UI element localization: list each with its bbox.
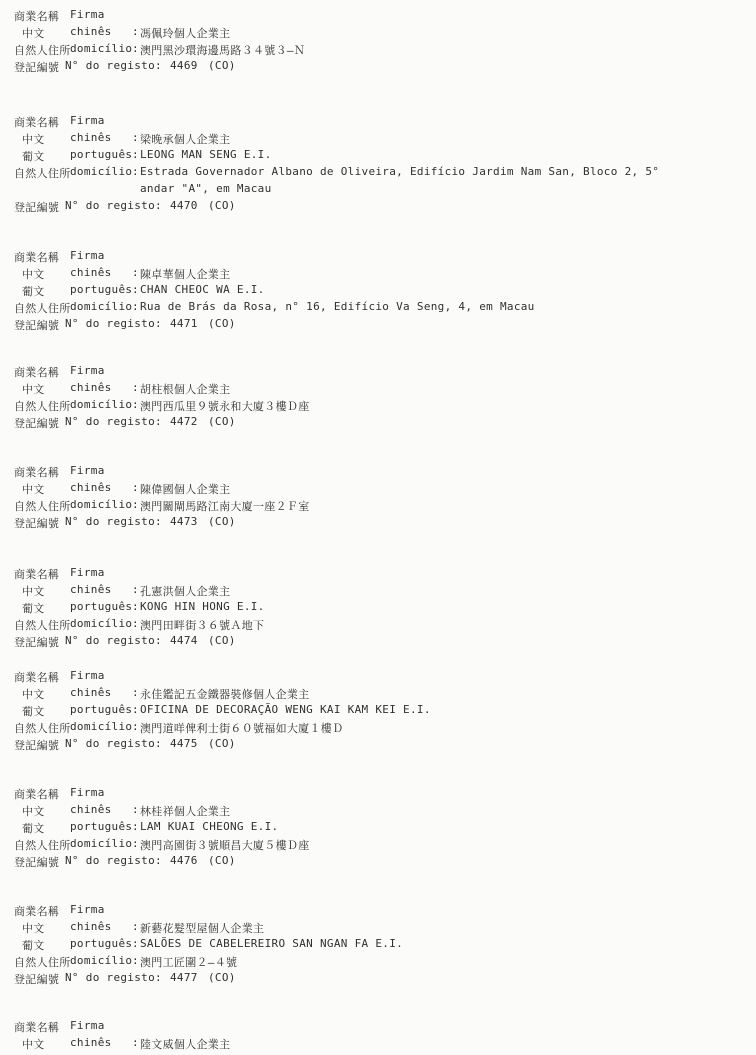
firm-label-zh: 商業名稱: [14, 786, 59, 802]
chinese-label-zh: 中文: [22, 266, 45, 282]
colon: :: [132, 937, 139, 950]
firm-label-zh: 商業名稱: [14, 669, 59, 685]
portuguese-label-pt: português: [70, 283, 132, 296]
address-row: 自然人住所 domicílio : 澳門黑沙環海邊馬路３４號３—Ｎ: [0, 41, 756, 58]
firm-row: 商業名稱 Firma: [0, 1018, 756, 1035]
registry-number-value: 4477: [170, 971, 198, 984]
chinese-label-pt: chinês: [70, 920, 112, 933]
chinese-name-row: 中文 chinês : 梁晚承個人企業主: [0, 130, 756, 147]
colon: :: [132, 131, 139, 144]
firm-row: 商業名稱 Firma: [0, 463, 756, 480]
firm-row: 商業名稱 Firma: [0, 113, 756, 130]
registry-entry: 商業名稱 Firma 中文 chinês : 胡柱根個人企業主 自然人住所 do…: [0, 363, 756, 431]
registry-label-pt: N° do registo:: [65, 199, 162, 212]
firm-row: 商業名稱 Firma: [0, 565, 756, 582]
address-value: 澳門黑沙環海邊馬路３４號３—Ｎ: [140, 42, 305, 58]
chinese-name-row: 中文 chinês : 陳卓華個人企業主: [0, 265, 756, 282]
portuguese-name-row: 葡文 português : LEONG MAN SENG E.I.: [0, 147, 756, 164]
firm-label-zh: 商業名稱: [14, 903, 59, 919]
address-value: 澳門田畔街３６號Ａ地下: [140, 617, 264, 633]
registry-co-suffix: (CO): [208, 59, 236, 72]
portuguese-label-pt: português: [70, 600, 132, 613]
colon: :: [132, 820, 139, 833]
address-label-pt: domicílio: [70, 42, 132, 55]
firm-label-pt: Firma: [70, 566, 105, 579]
chinese-name-row: 中文 chinês : 新藝花髮型屋個人企業主: [0, 919, 756, 936]
firm-label-pt: Firma: [70, 8, 105, 21]
chinese-label-zh: 中文: [22, 686, 45, 702]
registry-entry: 商業名稱 Firma 中文 chinês : 新藝花髮型屋個人企業主 葡文 po…: [0, 902, 756, 987]
chinese-label-pt: chinês: [70, 686, 112, 699]
registry-number-value: 4476: [170, 854, 198, 867]
portuguese-label-pt: português: [70, 820, 132, 833]
registry-number-value: 4470: [170, 199, 198, 212]
chinese-label-pt: chinês: [70, 803, 112, 816]
firm-row: 商業名稱 Firma: [0, 902, 756, 919]
portuguese-label-zh: 葡文: [22, 600, 45, 616]
registry-entry: 商業名稱 Firma 中文 chinês : 梁晚承個人企業主 葡文 portu…: [0, 113, 756, 215]
portuguese-label-zh: 葡文: [22, 283, 45, 299]
firm-label-pt: Firma: [70, 114, 105, 127]
registry-number-value: 4473: [170, 515, 198, 528]
chinese-name-value: 馮佩玲個人企業主: [140, 25, 230, 41]
colon: :: [132, 583, 139, 596]
registry-label-pt: N° do registo:: [65, 515, 162, 528]
address-label-zh: 自然人住所: [14, 398, 71, 414]
registry-co-suffix: (CO): [208, 854, 236, 867]
registry-label-zh: 登記編號: [14, 199, 59, 215]
registry-label-zh: 登記編號: [14, 515, 59, 531]
firm-label-pt: Firma: [70, 364, 105, 377]
firm-label-pt: Firma: [70, 786, 105, 799]
registry-number-row: 登記編號 N° do registo: 4473 (CO): [0, 514, 756, 531]
registry-number-row: 登記編號 N° do registo: 4470 (CO): [0, 198, 756, 215]
registry-label-zh: 登記編號: [14, 971, 59, 987]
address-row: 自然人住所 domicílio : Rua de Brás da Rosa, n…: [0, 299, 756, 316]
registry-label-pt: N° do registo:: [65, 737, 162, 750]
chinese-name-row: 中文 chinês : 永佳鑑記五金鐵器裝修個人企業主: [0, 685, 756, 702]
address-label-pt: domicílio: [70, 398, 132, 411]
chinese-label-zh: 中文: [22, 1036, 45, 1052]
chinese-name-value: 胡柱根個人企業主: [140, 381, 230, 397]
chinese-label-zh: 中文: [22, 803, 45, 819]
address-label-zh: 自然人住所: [14, 837, 71, 853]
chinese-name-row: 中文 chinês : 林桂祥個人企業主: [0, 802, 756, 819]
chinese-name-value: 林桂祥個人企業主: [140, 803, 230, 819]
colon: :: [132, 481, 139, 494]
firm-row: 商業名稱 Firma: [0, 248, 756, 265]
colon: :: [132, 398, 139, 411]
portuguese-label-pt: português: [70, 703, 132, 716]
portuguese-name-row: 葡文 português : LAM KUAI CHEONG E.I.: [0, 819, 756, 836]
firm-label-zh: 商業名稱: [14, 249, 59, 265]
firm-label-zh: 商業名稱: [14, 8, 59, 24]
colon: :: [132, 148, 139, 161]
portuguese-name-value: KONG HIN HONG E.I.: [140, 600, 265, 613]
firm-row: 商業名稱 Firma: [0, 363, 756, 380]
firm-label-pt: Firma: [70, 1019, 105, 1032]
registry-label-pt: N° do registo:: [65, 854, 162, 867]
firm-label-zh: 商業名稱: [14, 1019, 59, 1035]
registry-label-pt: N° do registo:: [65, 634, 162, 647]
address-label-zh: 自然人住所: [14, 720, 71, 736]
chinese-label-pt: chinês: [70, 583, 112, 596]
firm-row: 商業名稱 Firma: [0, 785, 756, 802]
address-value: Rua de Brás da Rosa, n° 16, Edifício Va …: [140, 300, 535, 313]
registry-entry: 商業名稱 Firma 中文 chinês : 陸文威個人企業主: [0, 1018, 756, 1052]
colon: :: [132, 381, 139, 394]
colon: :: [132, 1036, 139, 1049]
chinese-label-pt: chinês: [70, 381, 112, 394]
registry-number-row: 登記編號 N° do registo: 4471 (CO): [0, 316, 756, 333]
chinese-name-row: 中文 chinês : 馮佩玲個人企業主: [0, 24, 756, 41]
registry-label-zh: 登記編號: [14, 317, 59, 333]
registry-entry: 商業名稱 Firma 中文 chinês : 林桂祥個人企業主 葡文 portu…: [0, 785, 756, 870]
colon: :: [132, 498, 139, 511]
registry-entry: 商業名稱 Firma 中文 chinês : 陳卓華個人企業主 葡文 portu…: [0, 248, 756, 333]
chinese-name-row: 中文 chinês : 陳偉國個人企業主: [0, 480, 756, 497]
portuguese-label-pt: português: [70, 937, 132, 950]
registry-number-row: 登記編號 N° do registo: 4469 (CO): [0, 58, 756, 75]
firm-row: 商業名稱 Firma: [0, 7, 756, 24]
registry-number-value: 4471: [170, 317, 198, 330]
address-value: 澳門高園街３號順昌大廈５樓Ｄ座: [140, 837, 310, 853]
portuguese-name-row: 葡文 português : SALÕES DE CABELEREIRO SAN…: [0, 936, 756, 953]
chinese-name-value: 永佳鑑記五金鐵器裝修個人企業主: [140, 686, 310, 702]
colon: :: [132, 300, 139, 313]
address-label-zh: 自然人住所: [14, 617, 71, 633]
registry-label-pt: N° do registo:: [65, 971, 162, 984]
address-row: 自然人住所 domicílio : 澳門西瓜里９號永和大廈３樓Ｄ座: [0, 397, 756, 414]
chinese-label-pt: chinês: [70, 1036, 112, 1049]
address-label-pt: domicílio: [70, 837, 132, 850]
address-row: 自然人住所 domicílio : 澳門工匠圍２—４號: [0, 953, 756, 970]
address-label-zh: 自然人住所: [14, 498, 71, 514]
address-label-pt: domicílio: [70, 954, 132, 967]
firm-label-pt: Firma: [70, 249, 105, 262]
registry-entry: 商業名稱 Firma 中文 chinês : 陳偉國個人企業主 自然人住所 do…: [0, 463, 756, 531]
registry-number-row: 登記編號 N° do registo: 4475 (CO): [0, 736, 756, 753]
address-label-zh: 自然人住所: [14, 42, 71, 58]
registry-number-row: 登記編號 N° do registo: 4474 (CO): [0, 633, 756, 650]
registry-label-zh: 登記編號: [14, 737, 59, 753]
chinese-name-row: 中文 chinês : 陸文威個人企業主: [0, 1035, 756, 1052]
portuguese-name-row: 葡文 português : CHAN CHEOC WA E.I.: [0, 282, 756, 299]
portuguese-label-zh: 葡文: [22, 820, 45, 836]
chinese-label-pt: chinês: [70, 266, 112, 279]
registry-number-row: 登記編號 N° do registo: 4477 (CO): [0, 970, 756, 987]
address-label-pt: domicílio: [70, 498, 132, 511]
address-value: Estrada Governador Albano de Oliveira, E…: [140, 165, 659, 178]
address-label-zh: 自然人住所: [14, 954, 71, 970]
chinese-label-pt: chinês: [70, 25, 112, 38]
address-label-zh: 自然人住所: [14, 165, 71, 181]
chinese-label-zh: 中文: [22, 583, 45, 599]
colon: :: [132, 42, 139, 55]
colon: :: [132, 25, 139, 38]
registry-label-pt: N° do registo:: [65, 59, 162, 72]
registry-number-row: 登記編號 N° do registo: 4476 (CO): [0, 853, 756, 870]
registry-number-value: 4472: [170, 415, 198, 428]
firm-label-pt: Firma: [70, 669, 105, 682]
colon: :: [132, 803, 139, 816]
registry-entry: 商業名稱 Firma 中文 chinês : 永佳鑑記五金鐵器裝修個人企業主 葡…: [0, 668, 756, 753]
registry-co-suffix: (CO): [208, 737, 236, 750]
chinese-label-zh: 中文: [22, 381, 45, 397]
firm-label-zh: 商業名稱: [14, 566, 59, 582]
registry-entry: 商業名稱 Firma 中文 chinês : 孔憲洪個人企業主 葡文 portu…: [0, 565, 756, 650]
address-value-continuation: andar "A", em Macau: [140, 182, 272, 195]
business-registry-page: 商業名稱 Firma 中文 chinês : 馮佩玲個人企業主 自然人住所 do…: [0, 0, 756, 1052]
address-value: 澳門西瓜里９號永和大廈３樓Ｄ座: [140, 398, 310, 414]
portuguese-label-pt: português: [70, 148, 132, 161]
colon: :: [132, 954, 139, 967]
portuguese-label-zh: 葡文: [22, 937, 45, 953]
portuguese-label-zh: 葡文: [22, 148, 45, 164]
registry-label-pt: N° do registo:: [65, 415, 162, 428]
colon: :: [132, 283, 139, 296]
firm-row: 商業名稱 Firma: [0, 668, 756, 685]
colon: :: [132, 703, 139, 716]
registry-label-pt: N° do registo:: [65, 317, 162, 330]
registry-number-row: 登記編號 N° do registo: 4472 (CO): [0, 414, 756, 431]
firm-label-pt: Firma: [70, 464, 105, 477]
firm-label-zh: 商業名稱: [14, 114, 59, 130]
portuguese-label-zh: 葡文: [22, 703, 45, 719]
colon: :: [132, 165, 139, 178]
registry-co-suffix: (CO): [208, 515, 236, 528]
colon: :: [132, 617, 139, 630]
portuguese-name-value: SALÕES DE CABELEREIRO SAN NGAN FA E.I.: [140, 937, 403, 950]
firm-label-zh: 商業名稱: [14, 464, 59, 480]
chinese-name-value: 陳卓華個人企業主: [140, 266, 230, 282]
address-continuation-row: andar "A", em Macau: [0, 181, 756, 198]
address-label-zh: 自然人住所: [14, 300, 71, 316]
chinese-label-zh: 中文: [22, 481, 45, 497]
registry-number-value: 4474: [170, 634, 198, 647]
address-row: 自然人住所 domicílio : 澳門道咩俾利士街６０號福如大廈１樓Ｄ: [0, 719, 756, 736]
address-label-pt: domicílio: [70, 720, 132, 733]
registry-number-value: 4475: [170, 737, 198, 750]
chinese-name-row: 中文 chinês : 胡柱根個人企業主: [0, 380, 756, 397]
registry-co-suffix: (CO): [208, 199, 236, 212]
registry-label-zh: 登記編號: [14, 59, 59, 75]
address-value: 澳門工匠圍２—４號: [140, 954, 237, 970]
portuguese-name-value: CHAN CHEOC WA E.I.: [140, 283, 265, 296]
chinese-label-pt: chinês: [70, 131, 112, 144]
colon: :: [132, 720, 139, 733]
address-row: 自然人住所 domicílio : Estrada Governador Alb…: [0, 164, 756, 181]
chinese-label-zh: 中文: [22, 25, 45, 41]
address-value: 澳門道咩俾利士街６０號福如大廈１樓Ｄ: [140, 720, 343, 736]
chinese-name-value: 新藝花髮型屋個人企業主: [140, 920, 264, 936]
address-row: 自然人住所 domicílio : 澳門關閘馬路江南大廈一座２Ｆ室: [0, 497, 756, 514]
colon: :: [132, 837, 139, 850]
portuguese-name-row: 葡文 português : KONG HIN HONG E.I.: [0, 599, 756, 616]
address-value: 澳門關閘馬路江南大廈一座２Ｆ室: [140, 498, 310, 514]
portuguese-name-row: 葡文 português : OFICINA DE DECORAÇÃO WENG…: [0, 702, 756, 719]
address-row: 自然人住所 domicílio : 澳門田畔街３６號Ａ地下: [0, 616, 756, 633]
portuguese-name-value: LAM KUAI CHEONG E.I.: [140, 820, 278, 833]
address-row: 自然人住所 domicílio : 澳門高園街３號順昌大廈５樓Ｄ座: [0, 836, 756, 853]
chinese-name-value: 陳偉國個人企業主: [140, 481, 230, 497]
chinese-label-zh: 中文: [22, 920, 45, 936]
registry-co-suffix: (CO): [208, 634, 236, 647]
registry-entry: 商業名稱 Firma 中文 chinês : 馮佩玲個人企業主 自然人住所 do…: [0, 7, 756, 75]
address-label-pt: domicílio: [70, 617, 132, 630]
colon: :: [132, 686, 139, 699]
chinese-name-value: 陸文威個人企業主: [140, 1036, 230, 1052]
firm-label-zh: 商業名稱: [14, 364, 59, 380]
registry-label-zh: 登記編號: [14, 634, 59, 650]
colon: :: [132, 266, 139, 279]
registry-number-value: 4469: [170, 59, 198, 72]
firm-label-pt: Firma: [70, 903, 105, 916]
chinese-name-value: 梁晚承個人企業主: [140, 131, 230, 147]
colon: :: [132, 920, 139, 933]
portuguese-name-value: LEONG MAN SENG E.I.: [140, 148, 272, 161]
registry-co-suffix: (CO): [208, 415, 236, 428]
chinese-label-pt: chinês: [70, 481, 112, 494]
address-label-pt: domicílio: [70, 165, 132, 178]
chinese-name-value: 孔憲洪個人企業主: [140, 583, 230, 599]
chinese-name-row: 中文 chinês : 孔憲洪個人企業主: [0, 582, 756, 599]
registry-label-zh: 登記編號: [14, 415, 59, 431]
registry-co-suffix: (CO): [208, 971, 236, 984]
registry-co-suffix: (CO): [208, 317, 236, 330]
portuguese-name-value: OFICINA DE DECORAÇÃO WENG KAI KAM KEI E.…: [140, 703, 431, 716]
registry-label-zh: 登記編號: [14, 854, 59, 870]
address-label-pt: domicílio: [70, 300, 132, 313]
colon: :: [132, 600, 139, 613]
chinese-label-zh: 中文: [22, 131, 45, 147]
